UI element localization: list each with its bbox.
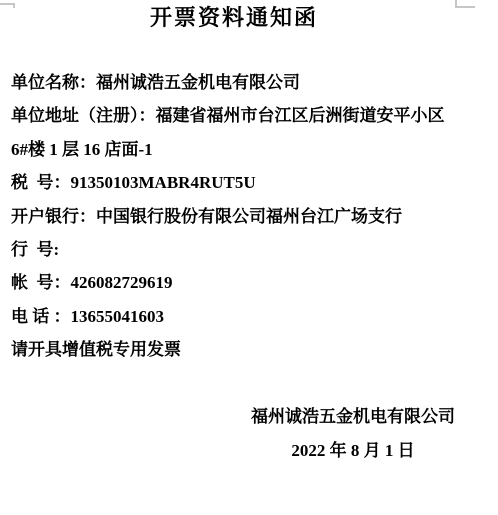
field-account-number: 帐 号：426082729619 <box>11 266 478 299</box>
note-invoice-request: 请开具增值税专用发票 <box>11 333 478 366</box>
field-bank-branch-number: 行 号: <box>11 233 478 266</box>
text-boundary-mark-top-left-horizontal <box>0 3 14 5</box>
field-address-cont: 6#楼 1 层 16 店面-1 <box>11 133 478 166</box>
field-tax-number: 税 号：91350103MABR4RUT5U <box>11 166 478 199</box>
signature-block: 福州诚浩五金机电有限公司 2022 年 8 月 1 日 <box>251 400 455 468</box>
signature-company: 福州诚浩五金机电有限公司 <box>251 400 455 434</box>
field-phone-number: 电 话 ：13655041603 <box>11 300 478 333</box>
document-body: 单位名称：福州诚浩五金机电有限公司 单位地址（注册）：福建省福州市台江区后洲街道… <box>11 66 478 367</box>
field-bank-name: 开户银行：中国银行股份有限公司福州台江广场支行 <box>11 200 478 233</box>
field-address: 单位地址（注册）：福建省福州市台江区后洲街道安平小区 <box>11 99 478 132</box>
text-boundary-mark-top-right-horizontal <box>455 6 475 8</box>
document-title: 开票资料通知函 <box>13 3 455 33</box>
field-company-name: 单位名称：福州诚浩五金机电有限公司 <box>11 66 478 99</box>
signature-date: 2022 年 8 月 1 日 <box>251 434 455 468</box>
